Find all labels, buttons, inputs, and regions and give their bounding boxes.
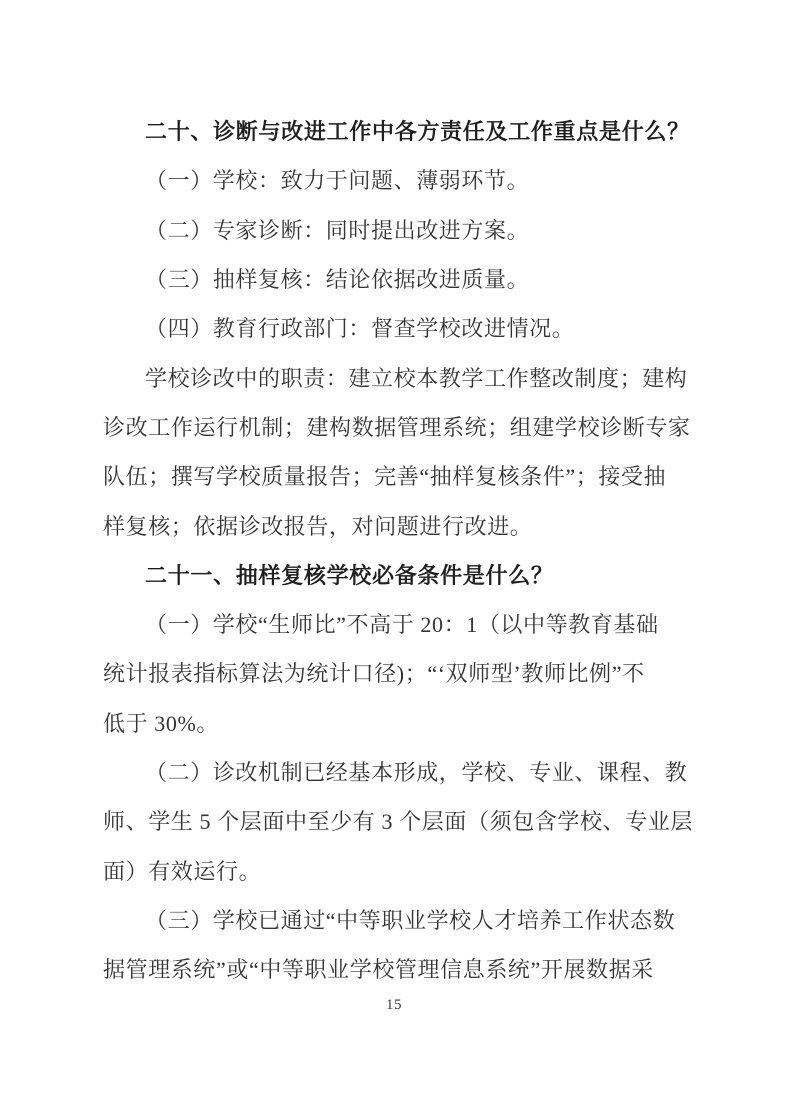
body-line: 师、学生 5 个层面中至少有 3 个层面（须包含学校、专业层 xyxy=(103,796,703,845)
body-line: 样复核；依据诊改报告，对问题进行改进。 xyxy=(103,500,703,549)
body-line: （三）抽样复核：结论依据改进质量。 xyxy=(103,254,703,303)
body-line: 诊改工作运行机制；建构数据管理系统；组建学校诊断专家 xyxy=(103,402,703,451)
page-number: 15 xyxy=(0,997,788,1014)
body-line: 面）有效运行。 xyxy=(103,845,703,894)
document-body: 二十、诊断与改进工作中各方责任及工作重点是什么？ （一）学校：致力于问题、薄弱环… xyxy=(103,106,703,993)
body-line: （一）学校：致力于问题、薄弱环节。 xyxy=(103,155,703,204)
body-line: （二）诊改机制已经基本形成，学校、专业、课程、教 xyxy=(103,747,703,796)
body-line: 学校诊改中的职责：建立校本教学工作整改制度；建构 xyxy=(103,352,703,401)
body-line: 队伍；撰写学校质量报告；完善“抽样复核条件”；接受抽 xyxy=(103,451,703,500)
document-page: 二十、诊断与改进工作中各方责任及工作重点是什么？ （一）学校：致力于问题、薄弱环… xyxy=(0,0,788,1113)
section-20-heading: 二十、诊断与改进工作中各方责任及工作重点是什么？ xyxy=(103,106,703,155)
body-line: （四）教育行政部门：督查学校改进情况。 xyxy=(103,303,703,352)
body-line: （二）专家诊断：同时提出改进方案。 xyxy=(103,205,703,254)
body-line: 据管理系统”或“中等职业学校管理信息系统”开展数据采 xyxy=(103,944,703,993)
section-21-heading: 二十一、抽样复核学校必备条件是什么？ xyxy=(103,550,703,599)
body-line: 低于 30%。 xyxy=(103,698,703,747)
body-line: （一）学校“生师比”不高于 20：1（以中等教育基础 xyxy=(103,599,703,648)
body-line: 统计报表指标算法为统计口径)；“‘双师型’教师比例”不 xyxy=(103,648,703,697)
body-line: （三）学校已通过“中等职业学校人才培养工作状态数 xyxy=(103,895,703,944)
